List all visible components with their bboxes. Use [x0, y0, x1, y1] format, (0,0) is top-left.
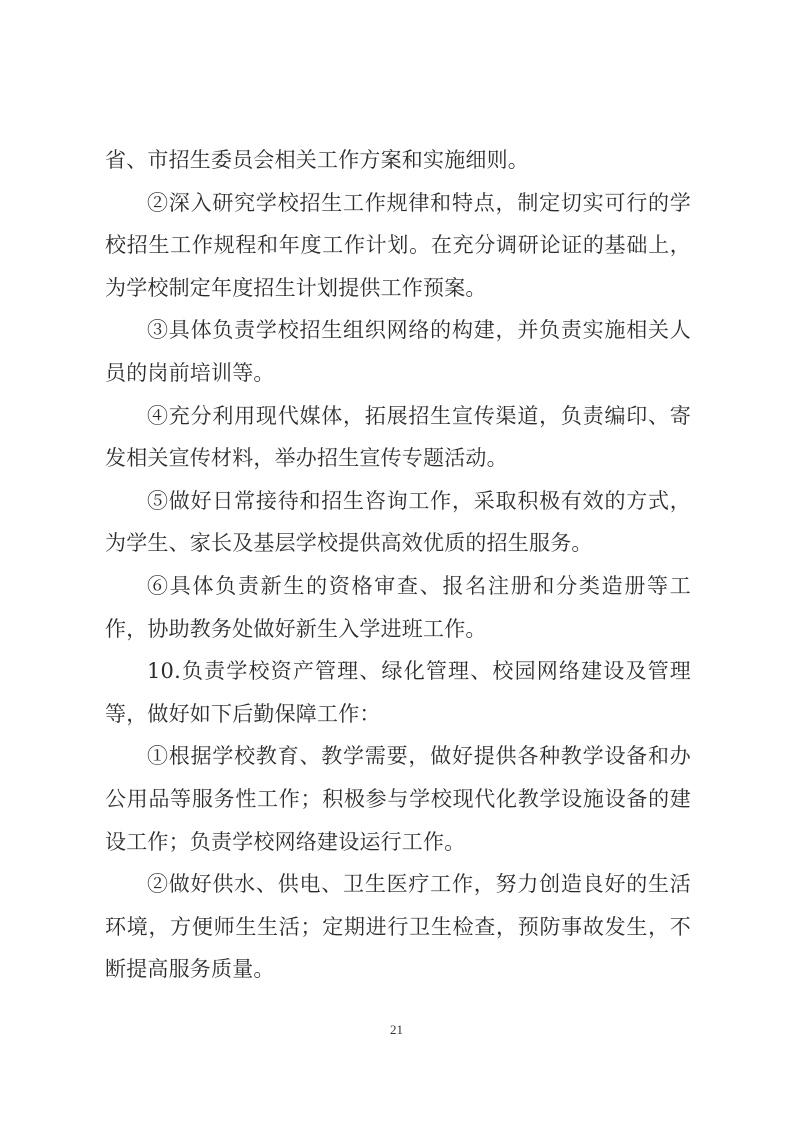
paragraph: ③具体负责学校招生组织网络的构建，并负责实施相关人员的岗前培训等。 [105, 309, 691, 394]
paragraph: ⑤做好日常接待和招生咨询工作，采取积极有效的方式，为学生、家长及基层学校提供高效… [105, 480, 691, 565]
paragraph: ④充分利用现代媒体，拓展招生宣传渠道，负责编印、寄发相关宣传材料，举办招生宣传专… [105, 395, 691, 480]
document-page: 省、市招生委员会相关工作方案和实施细则。 ②深入研究学校招生工作规律和特点，制定… [0, 0, 793, 1122]
paragraph: ⑥具体负责新生的资格审查、报名注册和分类造册等工作，协助教务处做好新生入学进班工… [105, 565, 691, 650]
paragraph: ②做好供水、供电、卫生医疗工作，努力创造良好的生活环境，方便师生生活；定期进行卫… [105, 863, 691, 991]
paragraph: ②深入研究学校招生工作规律和特点，制定切实可行的学校招生工作规程和年度工作计划。… [105, 182, 691, 310]
paragraph: ①根据学校教育、教学需要，做好提供各种教学设备和办公用品等服务性工作；积极参与学… [105, 735, 691, 863]
page-number: 21 [0, 1022, 793, 1038]
document-body-text: 省、市招生委员会相关工作方案和实施细则。 ②深入研究学校招生工作规律和特点，制定… [105, 139, 691, 991]
paragraph: 10.负责学校资产管理、绿化管理、校园网络建设及管理等，做好如下后勤保障工作： [105, 650, 691, 735]
paragraph: 省、市招生委员会相关工作方案和实施细则。 [105, 139, 691, 182]
